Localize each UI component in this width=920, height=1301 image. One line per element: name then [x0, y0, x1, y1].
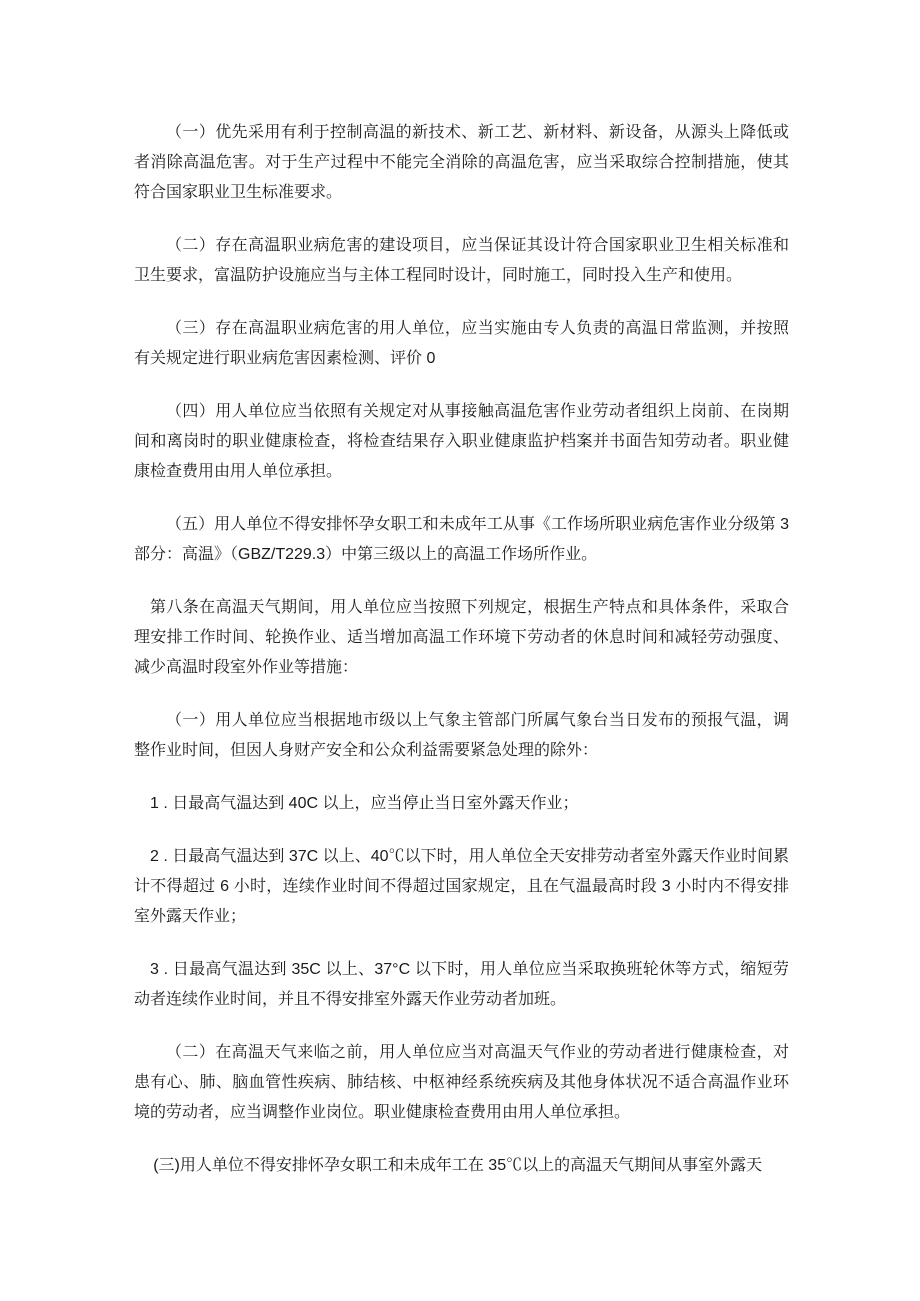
paragraph-article-8-item-1: （一）用人单位应当根据地市级以上气象主管部门所属气象台当日发布的预报气温，调整作…	[134, 706, 789, 766]
paragraph-article-8-item-3: (三)用人单位不得安排怀孕女职工和未成年工在 35℃以上的高温天气期间从事室外露…	[134, 1151, 789, 1181]
paragraph-item-5: （五）用人单位不得安排怀孕女职工和未成年工从事《工作场所职业病危害作业分级第 3…	[134, 510, 789, 570]
paragraph-article-8-item-1-sub-3: 3 . 日最高气温达到 35C 以上、37°C 以下时，用人单位应当采取换班轮休…	[134, 955, 789, 1015]
paragraph-article-8-item-2: （二）在高温天气来临之前，用人单位应当对高温天气作业的劳动者进行健康检查，对患有…	[134, 1038, 789, 1128]
document-content: （一）优先采用有利于控制高温的新技术、新工艺、新材料、新设备，从源头上降低或者消…	[134, 118, 789, 1181]
paragraph-item-1: （一）优先采用有利于控制高温的新技术、新工艺、新材料、新设备，从源头上降低或者消…	[134, 118, 789, 208]
document-page: （一）优先采用有利于控制高温的新技术、新工艺、新材料、新设备，从源头上降低或者消…	[0, 0, 920, 1301]
paragraph-article-8: 第八条在高温天气期间，用人单位应当按照下列规定，根据生产特点和具体条件，采取合理…	[134, 593, 789, 683]
paragraph-item-2: （二）存在高温职业病危害的建设项目，应当保证其设计符合国家职业卫生相关标准和卫生…	[134, 231, 789, 291]
paragraph-item-4: （四）用人单位应当依照有关规定对从事接触高温危害作业劳动者组织上岗前、在岗期间和…	[134, 397, 789, 487]
paragraph-item-3: （三）存在高温职业病危害的用人单位，应当实施由专人负责的高温日常监测，并按照有关…	[134, 314, 789, 374]
paragraph-article-8-item-1-sub-1: 1 . 日最高气温达到 40C 以上，应当停止当日室外露天作业；	[134, 789, 789, 819]
paragraph-article-8-item-1-sub-2: 2 . 日最高气温达到 37C 以上、40℃以下时，用人单位全天安排劳动者室外露…	[134, 842, 789, 932]
